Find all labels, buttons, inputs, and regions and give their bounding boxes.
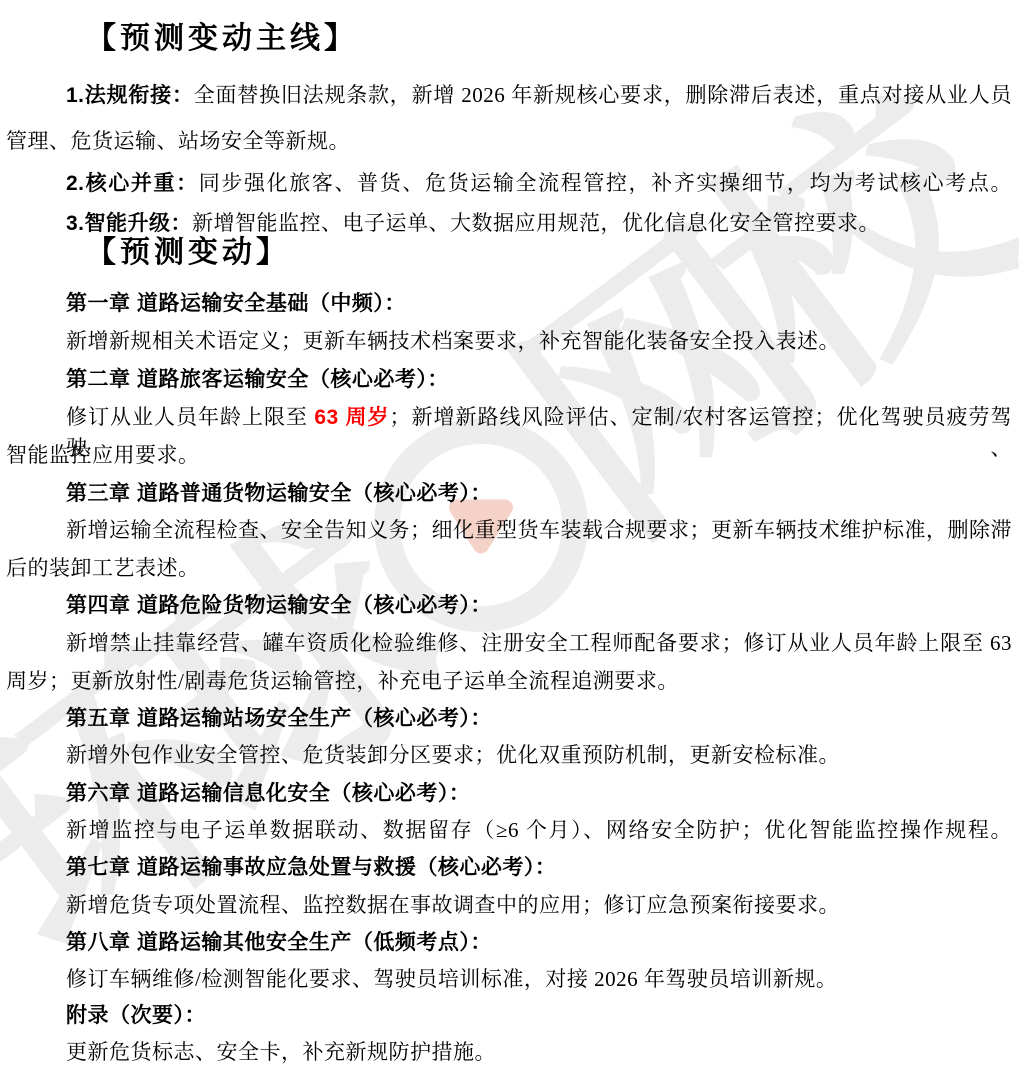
chapter-2-body-line-2-segment: 智能监控应用要求。	[6, 443, 200, 467]
intro-item-1-line-2: 管理、危货运输、站场安全等新规。	[6, 126, 350, 156]
chapter-1-heading-segment: 第一章 道路运输安全基础（中频）：	[66, 292, 406, 315]
intro-item-3-segment: 3.智能升级：	[66, 212, 192, 235]
chapter-6-body: 新增监控与电子运单数据联动、数据留存（≥6 个月）、网络安全防护；优化智能监控操…	[66, 815, 1012, 845]
chapter-3-body-line-2-segment: 后的装卸工艺表述。	[6, 556, 200, 580]
appendix-heading: 附录（次要）：	[66, 1000, 206, 1031]
chapter-5-heading-segment: 第五章 道路运输站场安全生产（核心必考）：	[66, 707, 492, 730]
intro-item-3-segment: 新增智能监控、电子运单、大数据应用规范，优化信息化安全管控要求。	[192, 211, 880, 235]
chapter-3-body-line-1: 新增运输全流程检查、安全告知义务；细化重型货车装载合规要求；更新车辆技术维护标准…	[66, 515, 1012, 545]
chapter-7-heading-segment: 第七章 道路运输事故应急处置与救援（核心必考）：	[66, 856, 556, 879]
chapter-2-body-line-1-segment: 63 周岁	[314, 406, 389, 429]
appendix-body: 更新危货标志、安全卡，补充新规防护措施。	[66, 1037, 496, 1067]
chapter-7-body-segment: 新增危货专项处置流程、监控数据在事故调查中的应用；修订应急预案衔接要求。	[66, 893, 840, 917]
chapter-4-body-line-2-segment: 周岁；更新放射性/剧毒危货运输管控，补充电子运单全流程追溯要求。	[6, 669, 679, 693]
chapter-1-heading: 第一章 道路运输安全基础（中频）：	[66, 288, 406, 319]
chapter-5-body-segment: 新增外包作业安全管控、危货装卸分区要求；优化双重预防机制，更新安检标准。	[66, 743, 840, 767]
main-title: 【预测变动主线】	[86, 22, 358, 56]
chapter-2-body-line-1: 修订从业人员年龄上限至 63 周岁；新增新路线风险评估、定制/农村客运管控；优化…	[66, 402, 1012, 463]
intro-item-1-line-2-segment: 管理、危货运输、站场安全等新规。	[6, 129, 350, 153]
chapter-7-heading: 第七章 道路运输事故应急处置与救援（核心必考）：	[66, 852, 556, 883]
chapter-8-body: 修订车辆维修/检测智能化要求、驾驶员培训标准，对接 2026 年驾驶员培训新规。	[66, 964, 837, 994]
document-page: 环 球 网 校 【预测变动主线】1.法规衔接：全面替换旧法规条款，新增 2026…	[0, 0, 1019, 1076]
document-content: 【预测变动主线】1.法规衔接：全面替换旧法规条款，新增 2026 年新规核心要求…	[0, 0, 1019, 1076]
chapter-3-heading-segment: 第三章 道路普通货物运输安全（核心必考）：	[66, 482, 492, 505]
chapter-4-body-line-1-segment: 新增禁止挂靠经营、罐车资质化检验维修、注册安全工程师配备要求；修订从业人员年龄上…	[66, 631, 1012, 655]
section-title: 【预测变动】	[86, 236, 290, 270]
chapter-2-heading: 第二章 道路旅客运输安全（核心必考）：	[66, 364, 449, 395]
intro-item-1-line-1-segment: 1.法规衔接：	[66, 84, 194, 107]
chapter-4-heading: 第四章 道路危险货物运输安全（核心必考）：	[66, 590, 492, 621]
chapter-6-body-segment: 新增监控与电子运单数据联动、数据留存（≥6 个月）、网络安全防护；优化智能监控操…	[66, 818, 1012, 842]
chapter-5-heading: 第五章 道路运输站场安全生产（核心必考）：	[66, 703, 492, 734]
chapter-6-heading-segment: 第六章 道路运输信息化安全（核心必考）：	[66, 782, 470, 805]
chapter-2-body-line-2: 智能监控应用要求。	[6, 440, 200, 470]
chapter-8-heading-segment: 第八章 道路运输其他安全生产（低频考点）：	[66, 931, 492, 954]
intro-item-1-line-1-segment: 全面替换旧法规条款，新增 2026 年新规核心要求，删除滞后表述，重点对接从业人…	[194, 83, 1012, 107]
chapter-4-body-line-1: 新增禁止挂靠经营、罐车资质化检验维修、注册安全工程师配备要求；修订从业人员年龄上…	[66, 628, 1012, 658]
chapter-2-body-line-1-segment: 修订从业人员年龄上限至	[66, 405, 314, 429]
chapter-3-heading: 第三章 道路普通货物运输安全（核心必考）：	[66, 478, 492, 509]
appendix-heading-segment: 附录（次要）：	[66, 1004, 206, 1027]
chapter-3-body-line-2: 后的装卸工艺表述。	[6, 553, 200, 583]
intro-item-1-line-1: 1.法规衔接：全面替换旧法规条款，新增 2026 年新规核心要求，删除滞后表述，…	[66, 80, 1012, 111]
chapter-1-body: 新增新规相关术语定义；更新车辆技术档案要求，补充智能化装备安全投入表述。	[66, 326, 840, 356]
chapter-8-body-segment: 修订车辆维修/检测智能化要求、驾驶员培训标准，对接 2026 年驾驶员培训新规。	[66, 967, 837, 991]
chapter-3-body-line-1-segment: 新增运输全流程检查、安全告知义务；细化重型货车装载合规要求；更新车辆技术维护标准…	[66, 518, 1012, 542]
chapter-8-heading: 第八章 道路运输其他安全生产（低频考点）：	[66, 927, 492, 958]
appendix-body-segment: 更新危货标志、安全卡，补充新规防护措施。	[66, 1040, 496, 1064]
section-title-segment: 【预测变动】	[86, 236, 290, 269]
chapter-5-body: 新增外包作业安全管控、危货装卸分区要求；优化双重预防机制，更新安检标准。	[66, 740, 840, 770]
chapter-4-body-line-2: 周岁；更新放射性/剧毒危货运输管控，补充电子运单全流程追溯要求。	[6, 666, 679, 696]
chapter-7-body: 新增危货专项处置流程、监控数据在事故调查中的应用；修订应急预案衔接要求。	[66, 890, 840, 920]
intro-item-2-segment: 2.核心并重：	[66, 172, 199, 195]
chapter-6-heading: 第六章 道路运输信息化安全（核心必考）：	[66, 778, 470, 809]
chapter-1-body-segment: 新增新规相关术语定义；更新车辆技术档案要求，补充智能化装备安全投入表述。	[66, 329, 840, 353]
intro-item-2: 2.核心并重：同步强化旅客、普货、危货运输全流程管控，补齐实操细节，均为考试核心…	[66, 168, 1012, 199]
intro-item-3: 3.智能升级：新增智能监控、电子运单、大数据应用规范，优化信息化安全管控要求。	[66, 208, 880, 239]
chapter-2-heading-segment: 第二章 道路旅客运输安全（核心必考）：	[66, 368, 449, 391]
main-title-segment: 【预测变动主线】	[86, 22, 358, 55]
intro-item-2-segment: 同步强化旅客、普货、危货运输全流程管控，补齐实操细节，均为考试核心考点。	[199, 171, 1012, 195]
chapter-4-heading-segment: 第四章 道路危险货物运输安全（核心必考）：	[66, 594, 492, 617]
